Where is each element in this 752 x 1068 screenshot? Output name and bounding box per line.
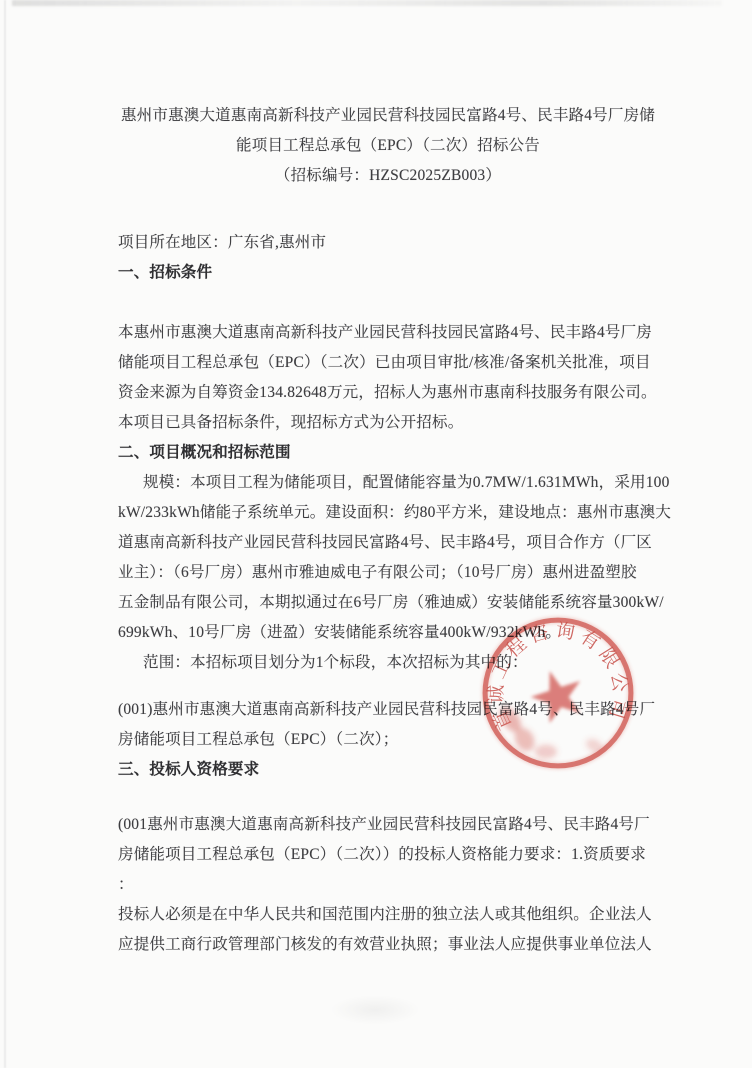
section-heading-1-tender-conditions: 一、招标条件 bbox=[118, 258, 658, 288]
paragraph-line: 本惠州市惠澳大道惠南高新科技产业园民营科技园民富路4号、民丰路4号厂房 bbox=[118, 318, 658, 348]
section-heading-3-bidder-qualifications: 三、投标人资格要求 bbox=[118, 755, 658, 785]
paragraph-line: kW/233kWh储能子系统单元。建设面积：约80平方米，建设地点：惠州市惠澳大 bbox=[118, 498, 658, 528]
scanned-tender-notice-page: 惠州市惠澳大道惠南高新科技产业园民营科技园民富路4号、民丰路4号厂房储 能项目工… bbox=[0, 0, 752, 1068]
section-1-tender-conditions: 本惠州市惠澳大道惠南高新科技产业园民营科技园民富路4号、民丰路4号厂房 储能项目… bbox=[118, 318, 658, 438]
section-heading-2-project-overview: 二、项目概况和招标范围 bbox=[118, 438, 658, 468]
paragraph-line: (001)惠州市惠澳大道惠南高新科技产业园民营科技园民富路4号、民丰路4号厂 bbox=[118, 695, 658, 725]
section-3-bidder-qualifications: (001惠州市惠澳大道惠南高新科技产业园民营科技园民富路4号、民丰路4号厂 房储… bbox=[118, 810, 658, 960]
paragraph-line: 房储能项目工程总承包（EPC）（二次））的投标人资格能力要求：1.资质要求 bbox=[118, 840, 658, 870]
paragraph-line: 业主）：（6号厂房）惠州市雅迪威电子有限公司；（10号厂房）惠州进盈塑胶 bbox=[118, 558, 658, 588]
document-body: 惠州市惠澳大道惠南高新科技产业园民营科技园民富路4号、民丰路4号厂房储 能项目工… bbox=[118, 101, 658, 960]
tender-number: （招标编号：HZSC2025ZB003） bbox=[118, 161, 658, 191]
paragraph-line: 房储能项目工程总承包（EPC）（二次）； bbox=[118, 725, 658, 755]
paragraph-line: 五金制品有限公司，本期拟通过在6号厂房（雅迪威）安装储能系统容量300kW/ bbox=[118, 588, 658, 618]
paragraph-line: 资金来源为自筹资金134.82648万元，招标人为惠州市惠南科技服务有限公司。 bbox=[118, 378, 658, 408]
paragraph-line: 规模：本项目工程为储能项目，配置储能容量为0.7MW/1.631MWh，采用10… bbox=[118, 468, 658, 498]
paragraph-line: 本项目已具备招标条件，现招标方式为公开招标。 bbox=[118, 408, 658, 438]
document-title-line-2: 能项目工程总承包（EPC）（二次）招标公告 bbox=[118, 131, 658, 161]
paragraph-line: 应提供工商行政管理部门核发的有效营业执照；事业法人应提供事业单位法人 bbox=[118, 930, 658, 960]
paragraph-line: 道惠南高新科技产业园民营科技园民富路4号、民丰路4号，项目合作方（厂区 bbox=[118, 528, 658, 558]
paragraph-line: (001惠州市惠澳大道惠南高新科技产业园民营科技园民富路4号、民丰路4号厂 bbox=[118, 810, 658, 840]
scan-artifact-left-edge bbox=[4, 0, 6, 1068]
paragraph-line: 储能项目工程总承包（EPC）（二次）已由项目审批/核准/备案机关批准，项目 bbox=[118, 348, 658, 378]
section-2-project-overview: 规模：本项目工程为储能项目，配置储能容量为0.7MW/1.631MWh，采用10… bbox=[118, 468, 658, 678]
document-title-line-1: 惠州市惠澳大道惠南高新科技产业园民营科技园民富路4号、民丰路4号厂房储 bbox=[118, 101, 658, 131]
paragraph-line: ： bbox=[118, 870, 658, 900]
paragraph-line: 投标人必须是在中华人民共和国范围内注册的独立法人或其他组织。企业法人 bbox=[118, 900, 658, 930]
scope-line: 范围：本招标项目划分为1个标段，本次招标为其中的： bbox=[118, 648, 658, 678]
paragraph-line: 699kWh、10号厂房（进盈）安装储能系统容量400kW/932kWh。 bbox=[118, 618, 658, 648]
lot-001-description: (001)惠州市惠澳大道惠南高新科技产业园民营科技园民富路4号、民丰路4号厂 房… bbox=[118, 695, 658, 755]
project-location: 项目所在地区：广东省,惠州市 bbox=[118, 228, 658, 258]
scan-artifact-smudge bbox=[330, 995, 420, 1025]
scan-artifact-top-streak bbox=[12, 0, 722, 6]
